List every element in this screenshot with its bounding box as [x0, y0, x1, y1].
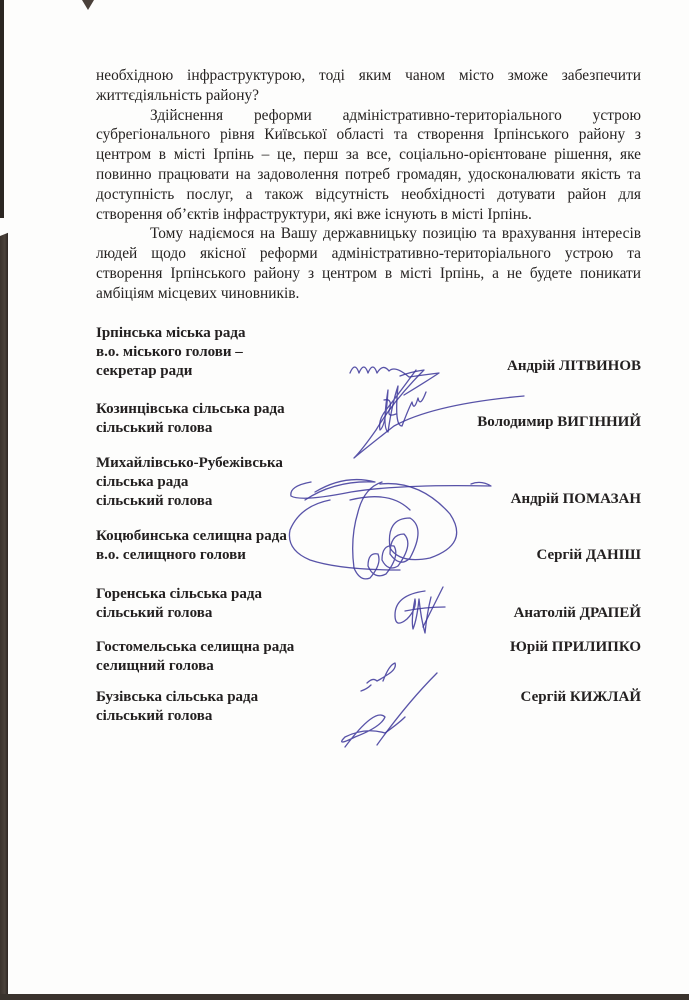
org-line: в.о. селищного голови	[96, 546, 346, 565]
org-line: Гостомельська селищна рада	[96, 638, 346, 657]
org-line: Горенська сільська рада	[96, 585, 346, 604]
signatory-org: Козинцівська сільська рада сільський гол…	[96, 400, 346, 438]
org-line: сільська рада	[96, 473, 346, 492]
signatory-hostomel: Гостомельська селищна рада селищний голо…	[96, 638, 641, 678]
org-line: сільський голова	[96, 492, 346, 511]
signatory-kotsiubynske: Коцюбинська селищна рада в.о. селищного …	[96, 527, 641, 567]
signatory-kozyntsi: Козинцівська сільська рада сільський гол…	[96, 400, 641, 440]
paragraph-2: Здійснення реформи адміністративно-терит…	[96, 106, 641, 225]
signatory-name: Андрій ПОМАЗАН	[511, 490, 641, 509]
org-line: Коцюбинська селищна рада	[96, 527, 346, 546]
org-line: селищний голова	[96, 657, 346, 676]
signatory-horenka: Горенська сільська рада сільський голова…	[96, 585, 641, 625]
signatory-org: Бузівська сільська рада сільський голова	[96, 688, 346, 726]
signatory-name: Юрій ПРИЛИПКО	[510, 638, 641, 657]
scan-left-edge	[0, 228, 8, 1000]
signatory-name: Анатолій ДРАПЕЙ	[514, 604, 641, 623]
paragraph-3: Тому надіємося на Вашу державницьку пози…	[96, 224, 641, 303]
org-line: сільський голова	[96, 604, 346, 623]
signatory-name: Сергій КИЖЛАЙ	[521, 688, 641, 707]
signatory-org: Гостомельська селищна рада селищний голо…	[96, 638, 346, 676]
signatory-org: Горенська сільська рада сільський голова	[96, 585, 346, 623]
signatory-name: Андрій ЛІТВИНОВ	[507, 357, 641, 376]
scan-bottom-edge	[0, 994, 689, 1000]
signatory-name: Володимир ВИГІННИЙ	[477, 413, 641, 432]
signatory-org: Ірпінська міська рада в.о. міського голо…	[96, 324, 346, 381]
letter-body: необхідною інфраструктурою, тоді яким ча…	[96, 66, 641, 304]
org-line: в.о. міського голови –	[96, 343, 346, 362]
paragraph-1: необхідною інфраструктурою, тоді яким ча…	[96, 66, 641, 106]
signatory-mykhailivka-rubezhivka: Михайлівсько-Рубежівська сільська рада с…	[96, 454, 641, 514]
org-line: сільський голова	[96, 707, 346, 726]
signatory-org: Коцюбинська селищна рада в.о. селищного …	[96, 527, 346, 565]
org-line: Ірпінська міська рада	[96, 324, 346, 343]
binding-mark-icon	[82, 0, 94, 10]
signatory-irpin: Ірпінська міська рада в.о. міського голо…	[96, 324, 641, 384]
signatory-buzova: Бузівська сільська рада сільський голова…	[96, 688, 641, 728]
org-line: Михайлівсько-Рубежівська	[96, 454, 346, 473]
org-line: Бузівська сільська рада	[96, 688, 346, 707]
org-line: секретар ради	[96, 362, 346, 381]
signatory-name: Сергій ДАНІШ	[536, 546, 641, 565]
org-line: сільський голова	[96, 419, 346, 438]
org-line: Козинцівська сільська рада	[96, 400, 346, 419]
signatory-org: Михайлівсько-Рубежівська сільська рада с…	[96, 454, 346, 511]
